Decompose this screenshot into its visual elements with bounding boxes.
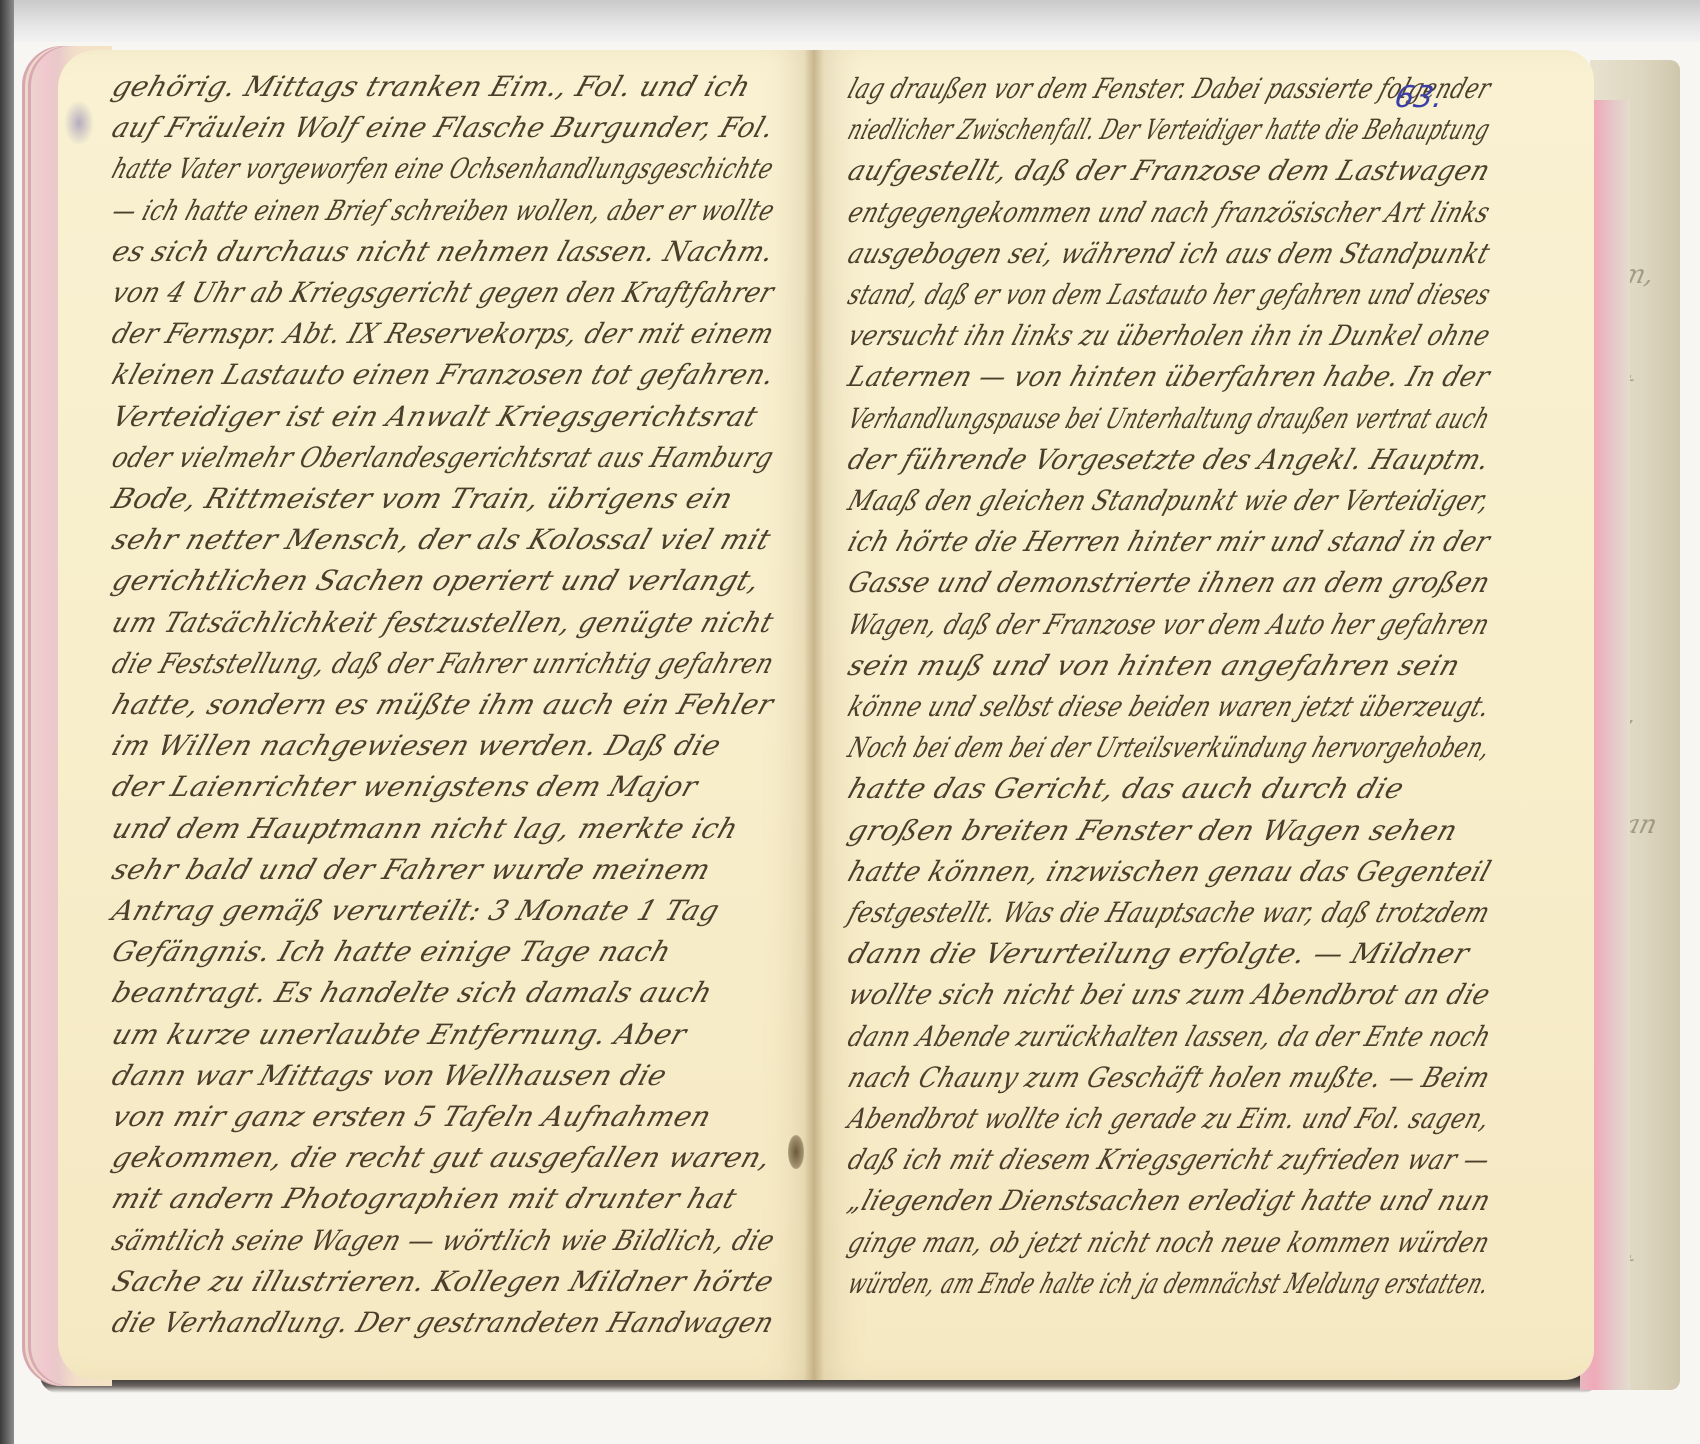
handwritten-line: Abendbrot wollte ich gerade zu Eim. und … bbox=[844, 1102, 1495, 1135]
handwritten-line: würden, am Ende halte ich ja demnächst M… bbox=[844, 1267, 1494, 1300]
handwritten-line: um kurze unerlaubte Entfernung. Aber bbox=[108, 1018, 691, 1051]
handwritten-line: Bode, Rittmeister vom Train, übrigens ei… bbox=[108, 482, 737, 515]
handwritten-line: sehr bald und der Fahrer wurde meinem bbox=[108, 853, 715, 886]
handwritten-line: großen breiten Fenster den Wagen sehen bbox=[844, 814, 1462, 847]
handwritten-line: Verhandlungspause bei Unterhaltung drauß… bbox=[844, 402, 1494, 435]
handwritten-line: und dem Hauptmann nicht lag, merkte ich bbox=[108, 812, 743, 845]
handwritten-line: entgegengekommen und nach französischer … bbox=[844, 196, 1494, 229]
handwritten-line: im Willen nachgewiesen werden. Daß die bbox=[108, 729, 726, 762]
handwritten-line: aufgestellt, daß der Franzose dem Lastwa… bbox=[844, 154, 1495, 187]
handwritten-line: Gasse und demonstrierte ihnen an dem gro… bbox=[844, 566, 1495, 599]
handwritten-line: niedlicher Zwischenfall. Der Verteidiger… bbox=[844, 113, 1494, 146]
handwritten-line: könne und selbst diese beiden waren jetz… bbox=[844, 690, 1495, 723]
handwritten-line: hatte das Gericht, das auch durch die bbox=[844, 772, 1409, 805]
handwritten-line: Wagen, daß der Franzose vor dem Auto her… bbox=[844, 608, 1494, 641]
handwritten-line: dann Abende zurückhalten lassen, da der … bbox=[844, 1020, 1495, 1053]
handwritten-line: nach Chauny zum Geschäft holen mußte. — … bbox=[844, 1061, 1495, 1094]
handwritten-line: der Laienrichter wenigstens dem Major bbox=[108, 770, 702, 803]
faded-stamp-mark bbox=[64, 100, 94, 146]
handwritten-line: sehr netter Mensch, der als Kolossal vie… bbox=[108, 523, 775, 556]
handwritten-line: hatte, sondern es müßte ihm auch ein Feh… bbox=[108, 688, 778, 721]
scanner-bed-left bbox=[0, 0, 14, 1444]
handwritten-line: dann die Verurteilung erfolgte. — Mildne… bbox=[844, 937, 1474, 970]
page-number: 63. bbox=[1392, 80, 1446, 115]
handwritten-line: von 4 Uhr ab Kriegsgericht gegen den Kra… bbox=[108, 276, 779, 309]
handwritten-line: hatte Vater vorgeworfen eine Ochsenhandl… bbox=[108, 152, 778, 185]
handwritten-line: der führende Vorgesetzte des Angekl. Hau… bbox=[844, 443, 1494, 476]
handwritten-line: sämtlich seine Wagen — wörtlich wie Bild… bbox=[108, 1224, 779, 1257]
handwritten-line: von mir ganz ersten 5 Tafeln Aufnahmen bbox=[108, 1100, 716, 1133]
ink-stain bbox=[788, 1135, 804, 1169]
handwritten-line: auf Fräulein Wolf eine Flasche Burgunder… bbox=[108, 111, 779, 144]
handwritten-line: gehörig. Mittags tranken Eim., Fol. und … bbox=[108, 70, 755, 103]
handwritten-line: oder vielmehr Oberlandesgerichtsrat aus … bbox=[108, 441, 778, 474]
left-page: gehörig. Mittags tranken Eim., Fol. und … bbox=[58, 50, 814, 1380]
handwritten-line: gerichtlichen Sachen operiert und verlan… bbox=[108, 564, 764, 597]
handwritten-line: „liegenden Dienstsachen erledigt hatte u… bbox=[844, 1184, 1495, 1217]
handwritten-line: daß ich mit diesem Kriegsgericht zufried… bbox=[844, 1143, 1495, 1176]
handwritten-line: Antrag gemäß verurteilt: 3 Monate 1 Tag bbox=[108, 894, 724, 927]
handwritten-line: die Verhandlung. Der gestrandeten Handwa… bbox=[108, 1306, 779, 1339]
handwritten-line: der Fernspr. Abt. IX Reservekorps, der m… bbox=[108, 317, 778, 350]
scanner-bed-top bbox=[0, 0, 1700, 42]
handwritten-line: die Feststellung, daß der Fahrer unricht… bbox=[108, 647, 778, 680]
handwritten-line: gekommen, die recht gut ausgefallen ware… bbox=[108, 1141, 775, 1174]
handwritten-line: wollte sich nicht bei uns zum Abendbrot … bbox=[844, 978, 1495, 1011]
handwritten-line: ginge man, ob jetzt nicht noch neue komm… bbox=[844, 1226, 1494, 1259]
handwritten-line: versucht ihn links zu überholen ihn in D… bbox=[844, 319, 1495, 352]
handwritten-line: Sache zu illustrieren. Kollegen Mildner … bbox=[108, 1265, 778, 1298]
handwritten-line: festgestellt. Was die Hauptsache war, da… bbox=[844, 896, 1494, 929]
handwritten-line: kleinen Lastauto einen Franzosen tot gef… bbox=[108, 358, 779, 391]
handwritten-line: beantragt. Es handelte sich damals auch bbox=[108, 976, 717, 1009]
handwritten-line: es sich durchaus nicht nehmen lassen. Na… bbox=[108, 235, 779, 268]
handwritten-line: — ich hatte einen Brief schreiben wollen… bbox=[108, 194, 779, 227]
handwritten-line: Laternen — von hinten überfahren habe. I… bbox=[844, 360, 1494, 393]
handwritten-line: Gefängnis. Ich hatte einige Tage nach bbox=[108, 935, 676, 968]
handwritten-line: hatte können, inzwischen genau das Gegen… bbox=[844, 855, 1495, 888]
right-page: lag draußen vor dem Fenster. Dabei passi… bbox=[814, 50, 1594, 1380]
handwritten-line: mit andern Photographien mit drunter hat bbox=[108, 1182, 741, 1215]
book-gutter bbox=[804, 50, 824, 1380]
handwritten-line: ausgebogen sei, während ich aus dem Stan… bbox=[844, 237, 1495, 270]
handwritten-line: ich hörte die Herren hinter mir und stan… bbox=[844, 525, 1495, 558]
handwritten-line: sein muß und von hinten angefahren sein bbox=[844, 649, 1465, 682]
handwritten-line: dann war Mittags von Wellhausen die bbox=[108, 1059, 671, 1092]
handwritten-line: Verteidiger ist ein Anwalt Kriegsgericht… bbox=[108, 400, 762, 433]
handwritten-line: um Tatsächlichkeit festzustellen, genügt… bbox=[108, 606, 778, 639]
handwritten-line: stand, daß er von dem Lastauto her gefah… bbox=[844, 278, 1495, 311]
handwritten-line: Noch bei dem bei der Urteilsverkündung h… bbox=[844, 731, 1495, 764]
handwritten-line: Maaß den gleichen Standpunkt wie der Ver… bbox=[844, 484, 1494, 517]
